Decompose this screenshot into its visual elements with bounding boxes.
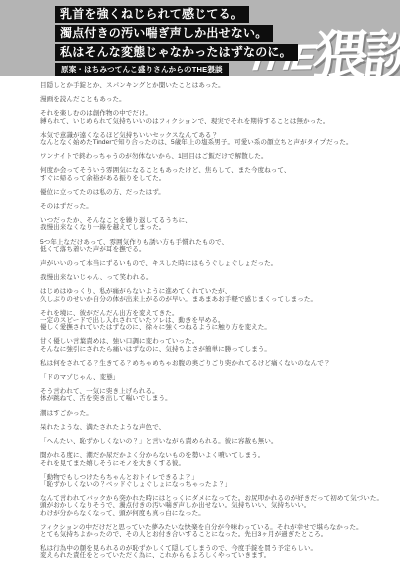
story-paragraph: そのはずだった。 <box>40 203 372 210</box>
story-line: それを見てまた嬉しそうにモノを大きくする彼。 <box>40 460 372 467</box>
story-paragraph: 「へんたい、恥ずかしくないの？」と言いながら責められる。彼に容赦も無い。 <box>40 438 372 445</box>
story-paragraph: そう言われて、一気に突き上げられる。体が跳ねて、舌を突き出して喘いでしまう。 <box>40 388 372 402</box>
credit-badge: 原案・はちみつてんこ盛りさんからのTHE猥談 <box>55 63 229 76</box>
story-line: フィクションの中だけだと思っていた夢みたいな快楽を自分が今味わっている。それが幸… <box>40 524 372 531</box>
story-line: 私は何をされてる？生きてる？めちゃめちゃお腹の奥ごりごり突かれてるけど痛くないの… <box>40 360 372 367</box>
story-paragraph: 潮はすごかった。 <box>40 410 372 417</box>
story-paragraph: 呆れたような、満たされたような声色で、 <box>40 424 372 431</box>
story-line: 声がいいのって本当にずるいもので、キスした時にはもうぐしょぐしょだった。 <box>40 260 372 267</box>
story-paragraph: 漫画を読んだこともあった。 <box>40 96 372 103</box>
story-paragraph: なんて言われてバックから突かれた時にはとっくにダメになってた。お尻叩かれるのが好… <box>40 495 372 517</box>
story-paragraph: はじめはゆっくり、私が痛がらないように進めてくれていたが、久しぶりのせいか自分の… <box>40 288 372 302</box>
story-paragraph: 目隠しとか手錠とか、スパンキングとか聞いたことはあった。 <box>40 82 372 89</box>
story-paragraph: 本気で意識が遠くなるほど気持ちいいセックスなんてある？なんとなく始めたTinde… <box>40 132 372 146</box>
story-line: ワンナイトで終わっちゃうのが勿体ないから、1回目はご飯だけで解散した。 <box>40 153 372 160</box>
story-line: 漫画を読んだこともあった。 <box>40 96 372 103</box>
story-line: 「ドのマゾじゃん、変態」 <box>40 374 372 381</box>
story-paragraph: それを楽しむのは創作物の中でだけ。縛られて、いじめられて気持ちいいのはフィクショ… <box>40 110 372 124</box>
story-line: 何度か会ってそういう雰囲気になることもあったけど、焦らして、また今度ねって、 <box>40 167 372 174</box>
story-line: 我慢出来なくなり一線を越えてしまった。 <box>40 224 372 231</box>
story-line: そんなに強引にされたら痛いはずなのに、気持ちよさが簡単に勝ってしまう。 <box>40 346 372 353</box>
story: 目隠しとか手錠とか、スパンキングとか聞いたことはあった。漫画を読んだこともあった… <box>0 80 400 566</box>
story-line: それを境に、彼がだんだん出方を変えてきた。 <box>40 310 372 317</box>
story-line: 優位に立ってたのは私の方、だったはず。 <box>40 189 372 196</box>
title-line-1: 乳首を強くねじられて感じてる。 <box>55 6 249 23</box>
story-paragraph: フィクションの中だけだと思っていた夢みたいな快楽を自分が今味わっている。それが幸… <box>40 524 372 538</box>
story-line: とても気持ちよかったので、その人とお付き合いすることになった。先日3ヶ月が過ぎた… <box>40 531 372 538</box>
story-line: はじめはゆっくり、私が痛がらないように進めてくれていたが、 <box>40 288 372 295</box>
story-line: 体が跳ねて、舌を突き出して喘いでしまう。 <box>40 395 372 402</box>
story-line: 優しく愛撫されていたはずなのに、徐々に強くつねるように触り方を変えた。 <box>40 324 372 331</box>
story-line: 呆れたような、満たされたような声色で、 <box>40 424 372 431</box>
story-line: 「恥ずかしくないの？ベッドぐしょぐしょになっちゃったよ？」 <box>40 481 372 488</box>
story-paragraph: 甘く優しい言葉責めは、強い口調に変わっていった。そんなに強引にされたら痛いはずな… <box>40 338 372 352</box>
story-line: 縛られて、いじめられて気持ちいいのはフィクションで、現実でそれを期待することは無… <box>40 118 372 125</box>
story-paragraph: 聞かれる度に、潮だか尿だかよく分からないものを勢いよく噴いてしまう。それを見てま… <box>40 452 372 466</box>
story-paragraph: 私は行為中の顔を見られるのが恥ずかしくて隠してしまうので、今度手錠を買う予定らし… <box>40 545 372 559</box>
story-paragraph: ワンナイトで終わっちゃうのが勿体ないから、1回目はご飯だけで解散した。 <box>40 153 372 160</box>
story-paragraph: 「ドのマゾじゃん、変態」 <box>40 374 372 381</box>
header-banner: 乳首を強くねじられて感じてる。 濁点付きの汚い喘ぎ声しか出せない。 私はそんな変… <box>0 0 400 76</box>
story-paragraph: 「動物でもしつけたらちゃんとおトイレできるよ？」「恥ずかしくないの？ベッドぐしょ… <box>40 474 372 488</box>
story-line: それを楽しむのは創作物の中でだけ。 <box>40 110 372 117</box>
title-block: 乳首を強くねじられて感じてる。 濁点付きの汚い喘ぎ声しか出せない。 私はそんな変… <box>55 6 298 76</box>
story-paragraph: 優位に立ってたのは私の方、だったはず。 <box>40 189 372 196</box>
story-paragraph: 我慢出来ないじゃん、って笑われる。 <box>40 274 372 281</box>
story-line: 目隠しとか手錠とか、スパンキングとか聞いたことはあった。 <box>40 82 372 89</box>
story-line: 聞かれる度に、潮だか尿だかよく分からないものを勢いよく噴いてしまう。 <box>40 452 372 459</box>
story-line: 我慢出来ないじゃん、って笑われる。 <box>40 274 372 281</box>
story-line: 甘く優しい言葉責めは、強い口調に変わっていった。 <box>40 338 372 345</box>
story-paragraph: 5つ年上なだけあって、雰囲気作りも誘い方も手慣れたもので、低くて落ち着いた声が耳… <box>40 239 372 253</box>
story-line: わけが分からなくなって、頭が何度も真っ白になった。 <box>40 510 372 517</box>
story-paragraph: 私は何をされてる？生きてる？めちゃめちゃお腹の奥ごりごり突かれてるけど痛くないの… <box>40 360 372 367</box>
story-line: そのはずだった。 <box>40 203 372 210</box>
story-line: 変えられた責任をとっていただく為に、これからもよろしくやっていきます。 <box>40 552 372 559</box>
story-paragraph: 何度か会ってそういう雰囲気になることもあったけど、焦らして、また今度ねって、すぐ… <box>40 167 372 181</box>
story-line: 久しぶりのせいか自分の体が出来上がるのが早い。まあまあお手軽で感じまくってしまっ… <box>40 296 372 303</box>
story-line: なんとなく始めたTinderで知り合ったのは、5歳年上の塩系男子。可愛い系の顔立… <box>40 139 372 146</box>
page: 乳首を強くねじられて感じてる。 濁点付きの汚い喘ぎ声しか出せない。 私はそんな変… <box>0 0 400 566</box>
story-line: 頭がおかしくなりそうで、濁点付きの汚い喘ぎ声しか出せない。気持ちいい、気持ちいい… <box>40 502 372 509</box>
story-line: 本気で意識が遠くなるほど気持ちいいセックスなんてある？ <box>40 132 372 139</box>
title-line-2: 濁点付きの汚い喘ぎ声しか出せない。 <box>55 25 273 42</box>
logo-kanji-text: 猥談 <box>310 26 400 76</box>
story-line: 5つ年上なだけあって、雰囲気作りも誘い方も手慣れたもので、 <box>40 239 372 246</box>
story-line: 「動物でもしつけたらちゃんとおトイレできるよ？」 <box>40 474 372 481</box>
story-line: 低くて落ち着いた声が耳を撫でる。 <box>40 246 372 253</box>
story-paragraph: 声がいいのって本当にずるいもので、キスした時にはもうぐしょぐしょだった。 <box>40 260 372 267</box>
story-line: 「へんたい、恥ずかしくないの？」と言いながら責められる。彼に容赦も無い。 <box>40 438 372 445</box>
story-line: すぐに帰るって余裕がある振りをしてた。 <box>40 175 372 182</box>
story-line: 潮はすごかった。 <box>40 410 372 417</box>
story-paragraph: いつだったか、そんなことを繰り返してるうちに、我慢出来なくなり一線を越えてしまっ… <box>40 217 372 231</box>
title-line-3: 私はそんな変態じゃなかったはずなのに。 <box>55 44 298 61</box>
story-paragraph: それを境に、彼がだんだん出方を変えてきた。一定のスピードで出し入れされていたソレ… <box>40 310 372 332</box>
